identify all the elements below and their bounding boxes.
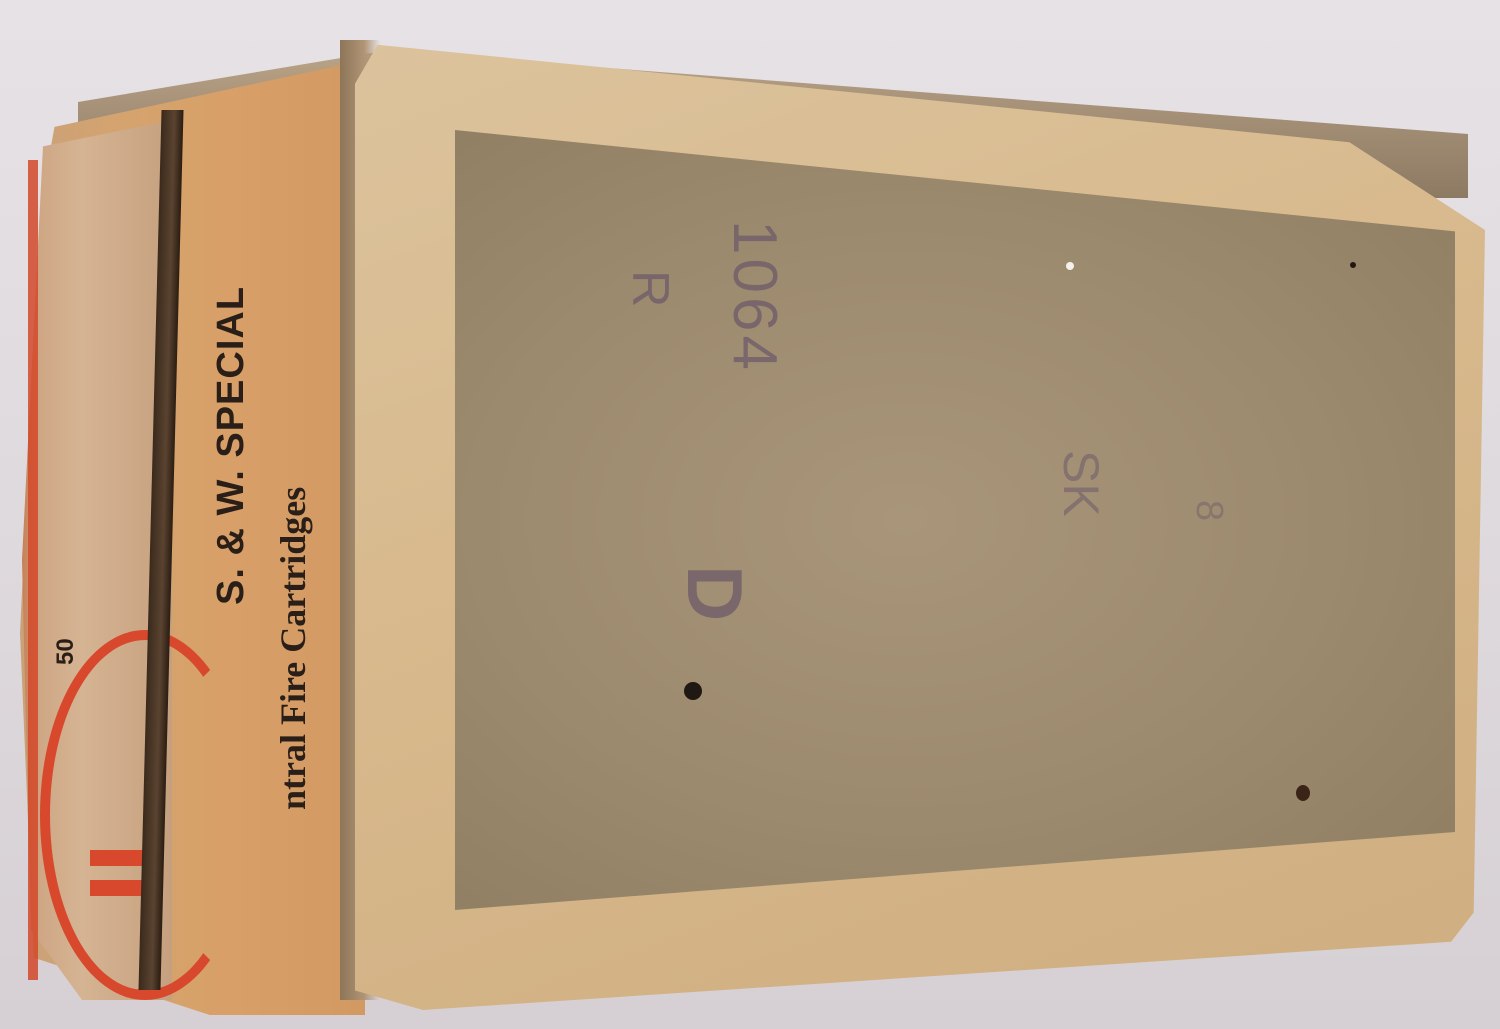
stamp-letter-r: R: [620, 270, 680, 308]
ink-dot: [684, 682, 702, 700]
cartridge-type-label: ntral Fire Cartridges: [272, 487, 314, 810]
stamp-faded-code: SK: [1052, 450, 1110, 517]
stamp-letter-d: D: [669, 565, 760, 621]
stain-spot: [1296, 785, 1310, 801]
count-label: 50: [52, 638, 80, 665]
photo-scene: S. & W. SPECIAL ntral Fire Cartridges 50…: [0, 0, 1500, 1029]
caliber-label: S. & W. SPECIAL: [210, 286, 253, 605]
speck: [1350, 262, 1356, 268]
stamp-faded-mark: 8: [1187, 500, 1230, 521]
stamp-number: 1064: [719, 220, 790, 374]
light-speck: [1066, 262, 1074, 270]
red-border-stripe-left: [28, 160, 38, 980]
